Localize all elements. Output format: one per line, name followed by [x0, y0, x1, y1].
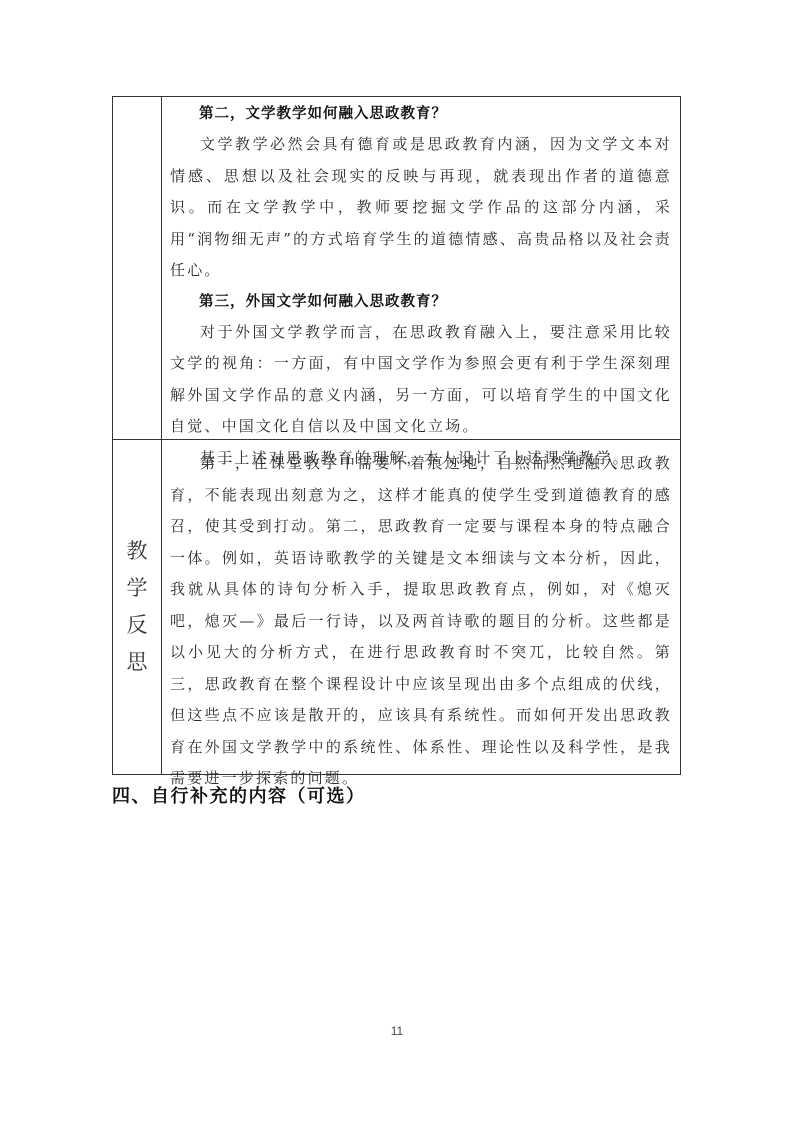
table-row-teaching-reflection: 教 学 反 思 第一，在课堂教学中需要不着痕迹地，自然而然地融入思政教育，不能表… [113, 439, 680, 774]
label-char: 教 [127, 533, 148, 570]
paragraph-foreign-literature: 对于外国文学教学而言，在思政教育融入上，要注意采用比较文学的视角：一方面，有中国… [170, 317, 672, 443]
table-row-understanding: 第二，文学教学如何融入思政教育？ 文学教学必然会具有德育或是思政教育内涵，因为文… [113, 97, 680, 439]
row-label-cell-empty [113, 97, 162, 439]
paragraph-literature-teaching: 文学教学必然会具有德育或是思政教育内涵，因为文学文本对情感、思想以及社会现实的反… [170, 129, 672, 287]
row-label-teaching-reflection: 教 学 反 思 [113, 440, 162, 774]
subheading-foreign-literature: 第三，外国文学如何融入思政教育？ [170, 287, 672, 317]
content-cell-understanding: 第二，文学教学如何融入思政教育？ 文学教学必然会具有德育或是思政教育内涵，因为文… [162, 97, 680, 439]
reflection-table: 第二，文学教学如何融入思政教育？ 文学教学必然会具有德育或是思政教育内涵，因为文… [112, 96, 681, 775]
paragraph-reflection: 第一，在课堂教学中需要不着痕迹地，自然而然地融入思政教育，不能表现出刻意为之，这… [170, 448, 672, 795]
label-char: 反 [127, 607, 148, 644]
label-char: 思 [127, 644, 148, 681]
content-cell-reflection: 第一，在课堂教学中需要不着痕迹地，自然而然地融入思政教育，不能表现出刻意为之，这… [162, 440, 680, 774]
subheading-literature-teaching: 第二，文学教学如何融入思政教育？ [170, 99, 672, 129]
label-char: 学 [127, 570, 148, 607]
section-heading-supplementary: 四、自行补充的内容（可选） [112, 782, 366, 808]
page-number: 11 [0, 1024, 794, 1038]
